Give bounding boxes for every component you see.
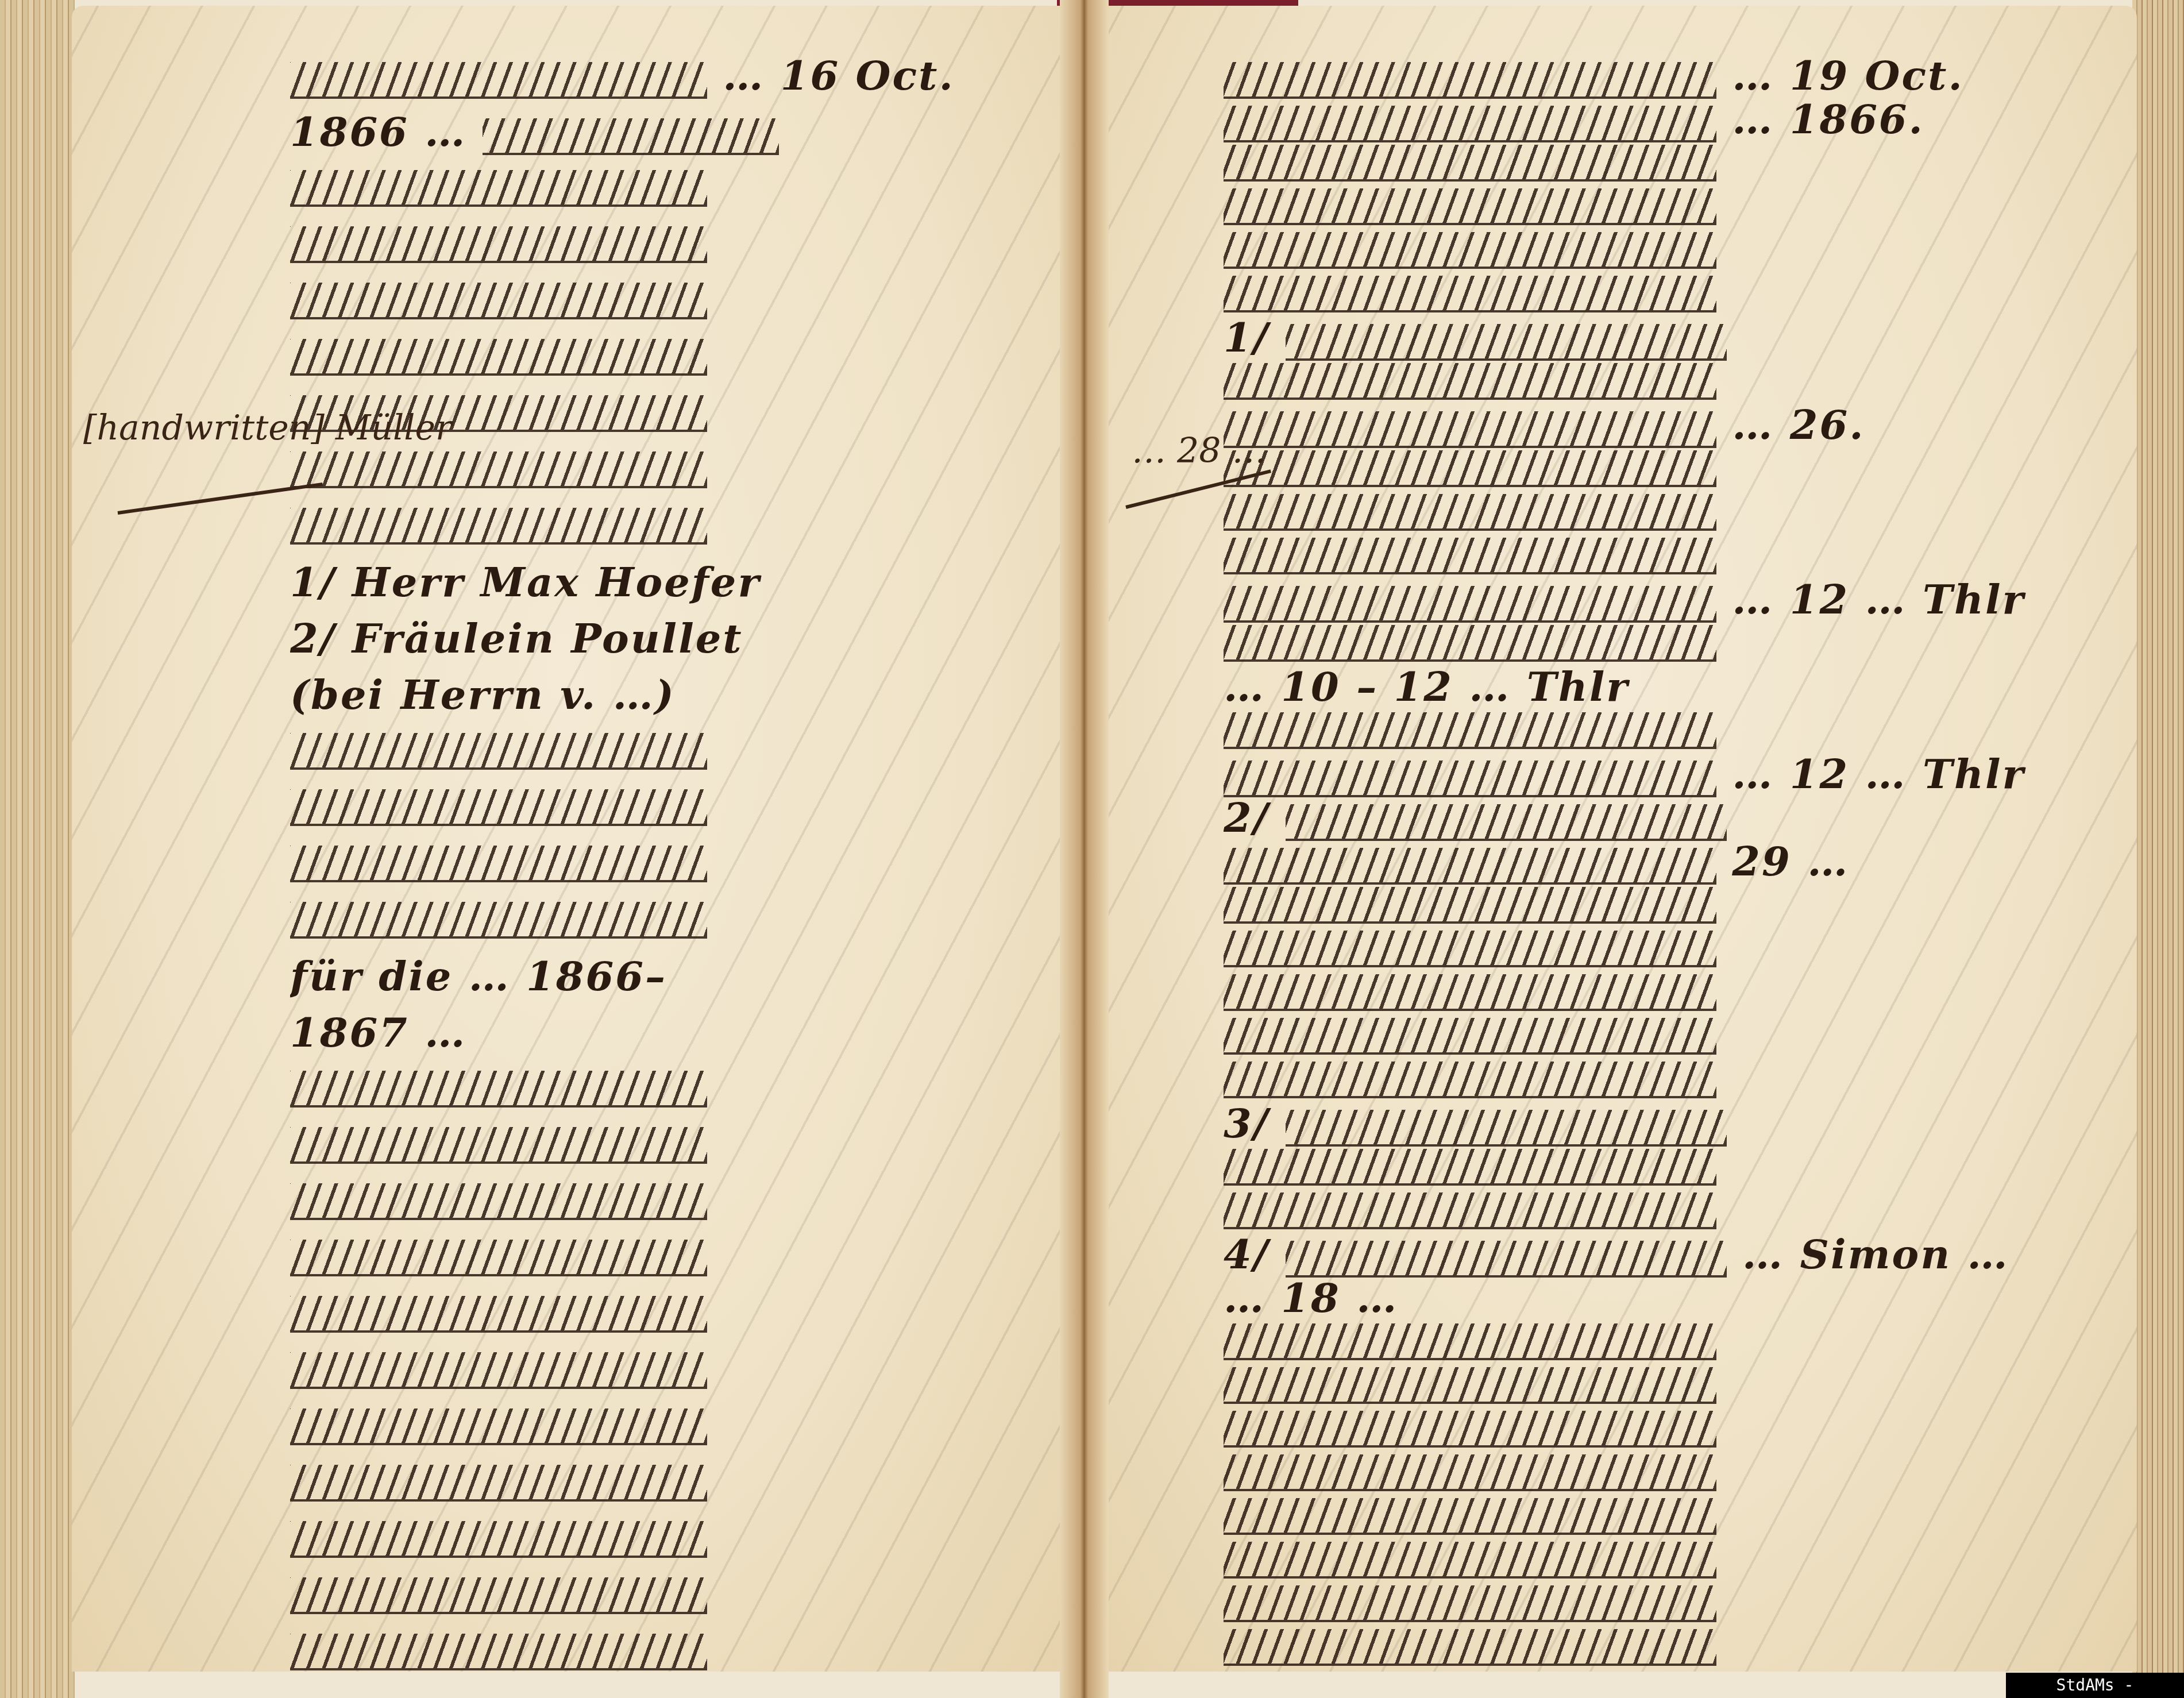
legible-text: … Simon …	[1727, 1230, 2009, 1278]
handwritten-line	[290, 1290, 1048, 1342]
legible-text: … 1866.	[1716, 95, 1924, 143]
illegible-script	[1224, 586, 1716, 623]
illegible-script	[1224, 276, 1716, 312]
legible-text: … 18 …	[1224, 1274, 1398, 1322]
legible-text: 2/ Fräulein Poullet	[290, 615, 743, 662]
illegible-script	[1224, 106, 1716, 142]
handwritten-line	[290, 502, 1048, 554]
handwritten-line	[290, 1065, 1048, 1117]
illegible-script	[290, 226, 707, 263]
illegible-script	[1224, 1149, 1716, 1186]
handwritten-line	[290, 164, 1048, 216]
archive-label: StdAMs - MV_002a_077	[2006, 1673, 2184, 1698]
legible-text: … 19 Oct.	[1716, 52, 1964, 99]
illegible-script	[290, 846, 707, 882]
legible-text: 29 …	[1716, 838, 1849, 885]
handwritten-line: 1866 …	[290, 108, 1048, 160]
illegible-script	[1224, 188, 1716, 225]
illegible-script	[290, 283, 707, 319]
illegible-script	[290, 902, 707, 939]
illegible-script	[290, 1521, 707, 1558]
legible-text: … 12 … Thlr	[1716, 750, 2025, 798]
legible-text: … 10 – 12 … Thlr	[1224, 663, 1629, 711]
illegible-script	[1286, 1110, 1727, 1147]
illegible-script	[1224, 1193, 1716, 1229]
handwritten-line: (bei Herrn v. …)	[290, 671, 1048, 723]
illegible-script	[1224, 1411, 1716, 1448]
illegible-script	[290, 1408, 707, 1445]
illegible-script	[1224, 1062, 1716, 1098]
handwritten-line	[290, 1234, 1048, 1286]
illegible-script	[1224, 1454, 1716, 1491]
illegible-script	[290, 508, 707, 545]
illegible-script	[290, 1296, 707, 1333]
legible-text: … 16 Oct.	[707, 52, 955, 99]
book-spread: … 16 Oct.1866 … 1/ Herr Max Hoefer2/ Frä…	[0, 0, 2184, 1698]
illegible-script	[290, 733, 707, 770]
illegible-script	[1224, 712, 1716, 749]
illegible-script	[290, 1634, 707, 1670]
legible-text: 1867 …	[290, 1009, 466, 1056]
illegible-script	[1224, 1585, 1716, 1622]
handwritten-line	[1224, 1623, 2120, 1675]
illegible-script	[290, 1352, 707, 1389]
illegible-script	[1224, 848, 1716, 885]
illegible-script	[1224, 145, 1716, 182]
page-edges-left	[0, 0, 75, 1698]
right-margin-note: … 28 …	[1132, 431, 1267, 471]
handwritten-line	[290, 1572, 1048, 1623]
illegible-script	[1224, 363, 1716, 400]
illegible-script	[290, 1071, 707, 1107]
illegible-script	[1224, 538, 1716, 574]
illegible-script	[290, 1577, 707, 1614]
illegible-script	[1224, 411, 1716, 448]
handwritten-line: 1867 …	[290, 1009, 1048, 1060]
illegible-script	[483, 118, 779, 155]
handwritten-line	[290, 446, 1048, 497]
legible-text: 1/	[1224, 314, 1286, 361]
illegible-script	[1224, 1498, 1716, 1535]
illegible-script	[1224, 1367, 1716, 1404]
illegible-script	[290, 789, 707, 826]
illegible-script	[1224, 450, 1716, 487]
illegible-script	[1286, 324, 1727, 361]
handwritten-line	[290, 840, 1048, 892]
illegible-script	[1224, 1018, 1716, 1055]
handwritten-line: 1/ Herr Max Hoefer	[290, 558, 1048, 610]
left-page: … 16 Oct.1866 … 1/ Herr Max Hoefer2/ Frä…	[72, 6, 1060, 1672]
handwritten-line: 2/ Fräulein Poullet	[290, 615, 1048, 666]
legible-text: 1866 …	[290, 108, 483, 156]
legible-text: 4/	[1224, 1230, 1286, 1278]
handwritten-line: … 16 Oct.	[290, 52, 1048, 103]
illegible-script	[290, 1240, 707, 1276]
illegible-script	[1224, 887, 1716, 924]
handwritten-line	[290, 1178, 1048, 1229]
page-edges-right	[2132, 0, 2184, 1698]
illegible-script	[290, 1183, 707, 1220]
illegible-script	[1224, 1323, 1716, 1360]
illegible-script	[1286, 804, 1727, 841]
handwritten-line	[290, 221, 1048, 272]
handwritten-line	[290, 784, 1048, 835]
illegible-script	[1224, 625, 1716, 662]
illegible-script	[290, 170, 707, 207]
illegible-script	[1224, 974, 1716, 1011]
handwritten-line: für die … 1866–	[290, 952, 1048, 1004]
illegible-script	[290, 1465, 707, 1502]
handwritten-line	[290, 727, 1048, 779]
handwritten-line	[290, 333, 1048, 385]
handwritten-line	[290, 1459, 1048, 1511]
illegible-script	[290, 451, 707, 488]
legible-text: für die … 1866–	[290, 952, 667, 1000]
handwritten-line	[290, 1403, 1048, 1454]
legible-text: 3/	[1224, 1099, 1286, 1147]
handwritten-line	[290, 896, 1048, 948]
illegible-script	[1224, 1629, 1716, 1666]
legible-text: 1/ Herr Max Hoefer	[290, 558, 761, 606]
handwritten-line	[290, 1515, 1048, 1567]
legible-text: … 12 … Thlr	[1716, 576, 2025, 623]
legible-text: (bei Herrn v. …)	[290, 671, 676, 719]
handwritten-line	[290, 1346, 1048, 1398]
book-gutter	[1060, 0, 1109, 1698]
legible-text: … 26.	[1716, 401, 1865, 449]
left-margin-note: [handwritten] Müller	[83, 408, 452, 448]
illegible-script	[1224, 761, 1716, 797]
right-page: … 19 Oct. … 1866.1/ … 26. … 12 … Thlr… 1…	[1109, 6, 2137, 1672]
illegible-script	[1286, 1241, 1727, 1278]
illegible-script	[290, 339, 707, 376]
handwritten-line	[290, 1628, 1048, 1680]
illegible-script	[1224, 1542, 1716, 1579]
illegible-script	[290, 1127, 707, 1164]
illegible-script	[1224, 62, 1716, 99]
handwritten-line	[290, 277, 1048, 329]
illegible-script	[1224, 931, 1716, 967]
handwritten-line	[290, 1121, 1048, 1173]
illegible-script	[290, 62, 707, 99]
illegible-script	[1224, 232, 1716, 269]
illegible-script	[1224, 494, 1716, 531]
legible-text: 2/	[1224, 794, 1286, 842]
